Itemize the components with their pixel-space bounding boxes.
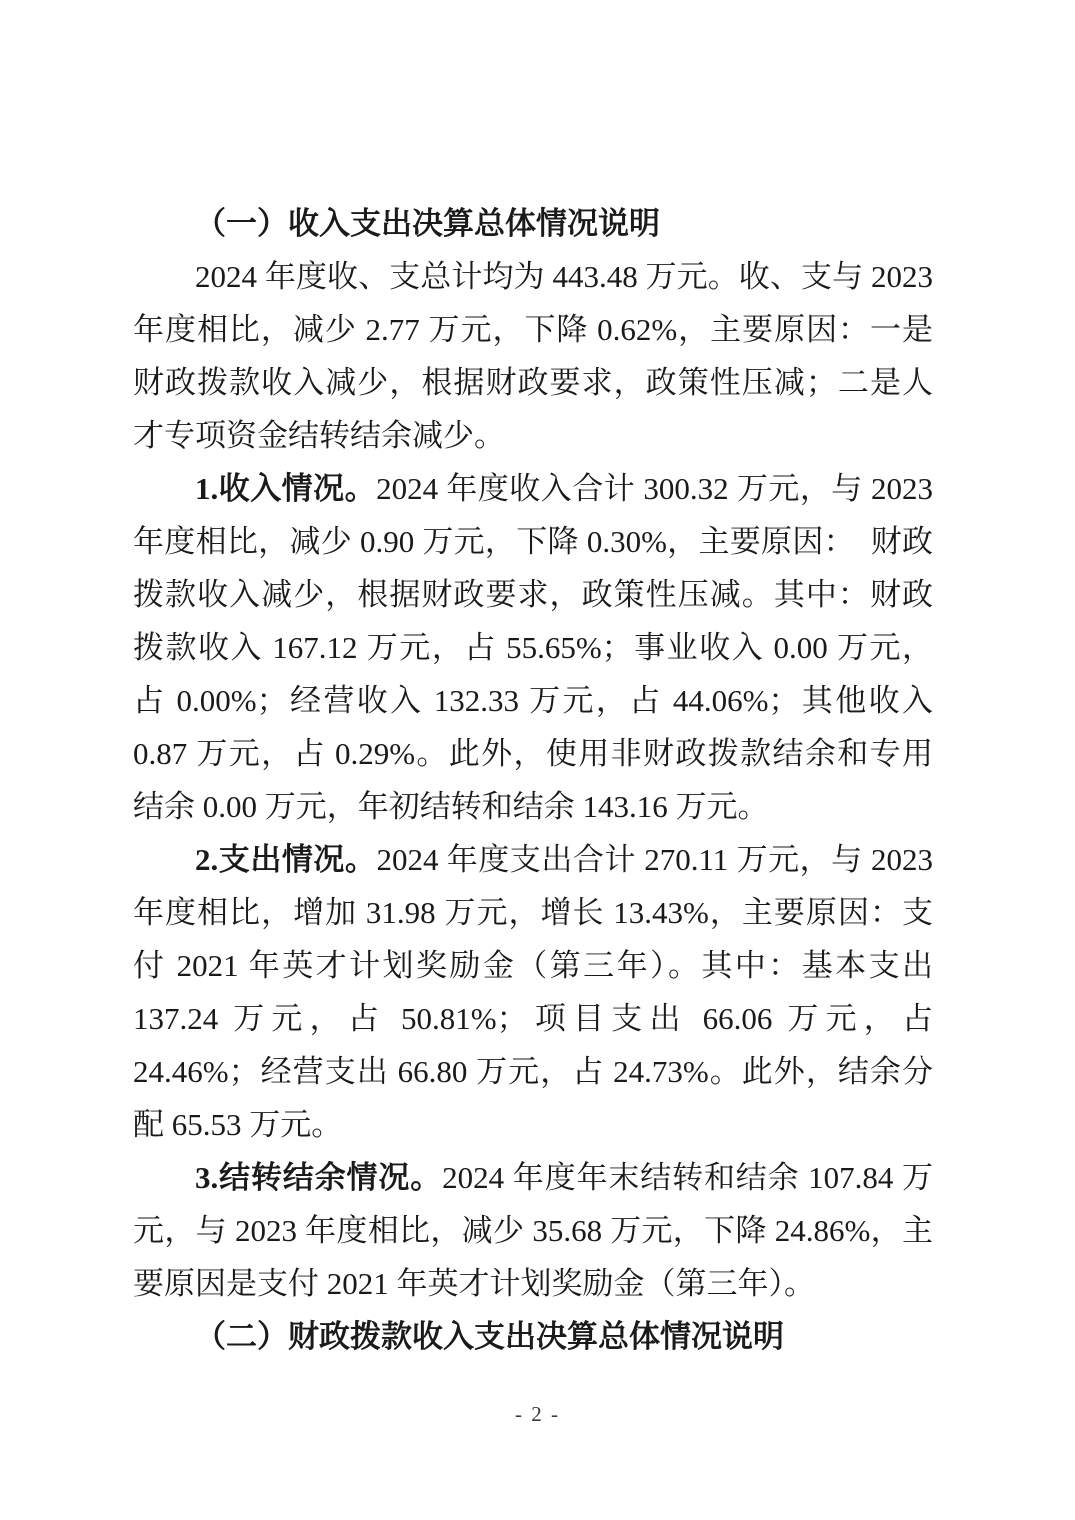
section-heading-fiscal-appropriation: （二）财政拨款收入支出决算总体情况说明: [133, 1310, 933, 1363]
income-paragraph-lead: 1.收入情况。: [195, 471, 376, 506]
income-paragraph-text: 2024 年度收入合计 300.32 万元，与 2023 年度相比，减少 0.9…: [133, 471, 933, 824]
expenditure-paragraph: 2.支出情况。2024 年度支出合计 270.11 万元，与 2023 年度相比…: [133, 833, 933, 1151]
income-paragraph: 1.收入情况。2024 年度收入合计 300.32 万元，与 2023 年度相比…: [133, 462, 933, 833]
page-number: - 2 -: [0, 1399, 1075, 1429]
document-body: （一）收入支出决算总体情况说明 2024 年度收、支总计均为 443.48 万元…: [133, 197, 933, 1363]
carryover-paragraph: 3.结转结余情况。2024 年度年末结转和结余 107.84 万元，与 2023…: [133, 1151, 933, 1310]
expenditure-paragraph-lead: 2.支出情况。: [195, 842, 376, 877]
section-heading-income-expenditure-overview: （一）收入支出决算总体情况说明: [133, 197, 933, 250]
expenditure-paragraph-text: 2024 年度支出合计 270.11 万元，与 2023 年度相比，增加 31.…: [133, 842, 933, 1142]
document-page: （一）收入支出决算总体情况说明 2024 年度收、支总计均为 443.48 万元…: [0, 0, 1075, 1520]
carryover-paragraph-lead: 3.结转结余情况。: [195, 1160, 442, 1195]
overview-paragraph: 2024 年度收、支总计均为 443.48 万元。收、支与 2023 年度相比，…: [133, 250, 933, 462]
